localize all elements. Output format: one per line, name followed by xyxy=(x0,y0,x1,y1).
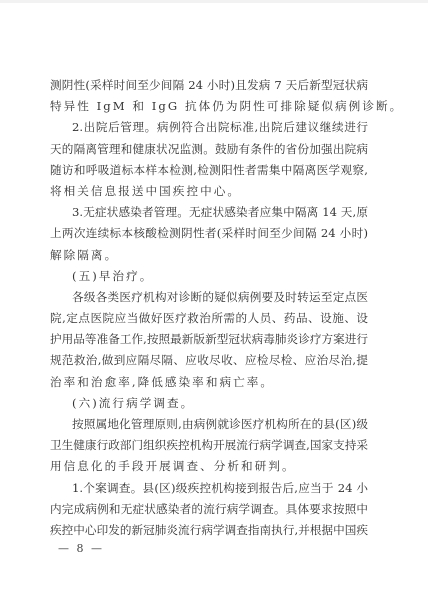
text-line-item-2-heading: 2.出院后管理。病例符合出院标准,出院后建议继续进行 14 xyxy=(50,117,368,138)
text-line: 按照属地化管理原则,由病例就诊医疗机构所在的县(区)级 xyxy=(50,414,368,435)
text-line: 天的隔离管理和健康状况监测。鼓励有条件的省份加强出院病例 xyxy=(50,139,368,160)
text-line: 规范救治,做到应隔尽隔、应收尽收、应检尽检、应治尽治,提高收 xyxy=(50,350,368,371)
document-body: 测阴性(采样时间至少间隔 24 小时)且发病 7 天后新型冠状病毒 特异性 Ig… xyxy=(50,75,368,541)
text-line: 用信息化的手段开展调查、分析和研判。 xyxy=(50,456,368,477)
text-line: 解除隔离。 xyxy=(50,245,368,266)
text-line: 测阴性(采样时间至少间隔 24 小时)且发病 7 天后新型冠状病毒 xyxy=(50,75,368,96)
page-number: — 8 — xyxy=(58,542,104,555)
text-line: 随访和呼吸道标本样本检测,检测阳性者需集中隔离医学观察,并 xyxy=(50,160,368,181)
scan-top-edge xyxy=(0,0,428,3)
text-line: 疾控中心印发的新冠肺炎流行病学调查指南执行,并根据中国疾 xyxy=(50,520,368,541)
text-line: 上两次连续标本核酸检测阴性者(采样时间至少间隔 24 小时)可 xyxy=(50,223,368,244)
text-line: 治率和治愈率,降低感染率和病亡率。 xyxy=(50,372,368,393)
text-line: 将相关信息报送中国疾控中心。 xyxy=(50,181,368,202)
text-line: 特异性 IgM 和 IgG 抗体仍为阴性可排除疑似病例诊断。 xyxy=(50,96,368,117)
text-line-item-3-heading: 3.无症状感染者管理。无症状感染者应集中隔离 14 天,原则 xyxy=(50,202,368,223)
section-heading-epidemiological-investigation: (六)流行病学调查。 xyxy=(50,393,368,414)
text-line: 院,定点医院应当做好医疗救治所需的人员、药品、设施、设备、防 xyxy=(50,308,368,329)
text-line: 卫生健康行政部门组织疾控机构开展流行病学调查,国家支持采 xyxy=(50,435,368,456)
text-line: 各级各类医疗机构对诊断的疑似病例要及时转运至定点医 xyxy=(50,287,368,308)
text-line: 护用品等准备工作,按照最新版新型冠状病毒肺炎诊疗方案进行 xyxy=(50,329,368,350)
text-line: 内完成病例和无症状感染者的流行病学调查。具体要求按照中国 xyxy=(50,499,368,520)
text-line-item-1-heading: 1.个案调查。县(区)级疾控机构接到报告后,应当于 24 小时 xyxy=(50,478,368,499)
section-heading-early-treatment: (五)早治疗。 xyxy=(50,266,368,287)
